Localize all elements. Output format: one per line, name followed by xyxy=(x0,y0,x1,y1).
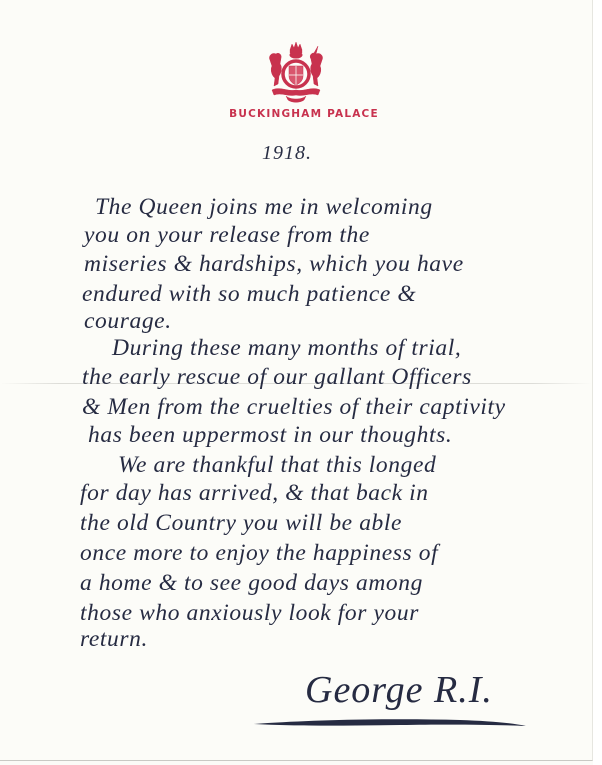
body-line: We are thankful that this longed xyxy=(118,454,436,478)
body-line: return. xyxy=(80,628,148,652)
body-line: the early rescue of our gallant Officers xyxy=(82,366,472,390)
body-line: once more to enjoy the happiness of xyxy=(80,542,438,566)
signature: George R.I. xyxy=(305,668,493,712)
letterhead-title: BUCKINGHAM PALACE xyxy=(0,108,602,120)
body-line: for day has arrived, & that back in xyxy=(80,482,429,506)
signature-flourish-icon xyxy=(250,716,530,730)
royal-coat-of-arms-icon xyxy=(264,40,328,106)
body-line: endured with so much patience & xyxy=(82,283,416,307)
body-line: those who anxiously look for your xyxy=(80,602,419,626)
body-line: you on your release from the xyxy=(84,224,370,248)
body-line: has been uppermost in our thoughts. xyxy=(88,424,452,448)
body-line: & Men from the cruelties of their captiv… xyxy=(82,396,506,420)
body-line: a home & to see good days among xyxy=(80,572,423,596)
body-line: courage. xyxy=(84,310,172,334)
body-line: miseries & hardships, which you have xyxy=(84,253,464,277)
body-line: During these many months of trial, xyxy=(112,337,461,361)
letter-date: 1918. xyxy=(262,142,312,165)
body-line: The Queen joins me in welcoming xyxy=(95,196,433,220)
body-line: the old Country you will be able xyxy=(80,512,402,536)
